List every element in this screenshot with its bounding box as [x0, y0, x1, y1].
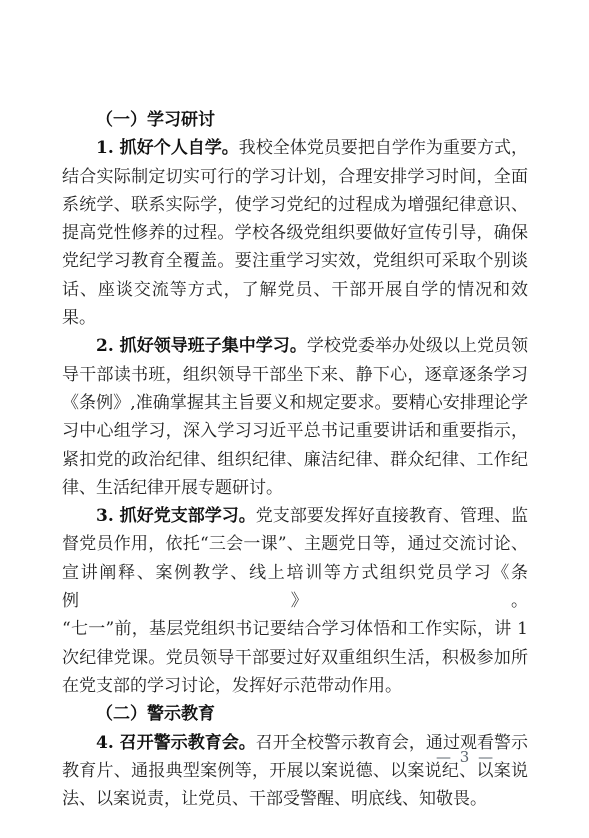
- text-line: 2. 抓好领导班子集中学习。学校党委举办处级以上党员领: [62, 332, 528, 360]
- line-text: 宣讲阐释、案例教学、线上培训等方式组织党员学习《条例》。: [62, 563, 528, 611]
- paragraph-lead: 4. 召开警示教育会。: [96, 733, 256, 753]
- line-text: 督党员作用，依托“三会一课”、主题党日等，通过交流讨论、: [62, 534, 528, 554]
- line-text: 《条例》,准确掌握其主旨要义和规定要求。要精心安排理论学: [62, 393, 528, 413]
- text-line: 紧扣党的政治纪律、组织纪律、廉洁纪律、群众纪律、工作纪: [62, 446, 528, 474]
- line-text: 学校党委举办处级以上党员领: [307, 336, 528, 356]
- document-page: （一）学习研讨1. 抓好个人自学。我校全体党员要把自学作为重要方式，结合实际制定…: [0, 0, 589, 838]
- text-line: 督党员作用，依托“三会一课”、主题党日等，通过交流讨论、: [62, 530, 528, 558]
- line-text: 话、座谈交流等方式，了解党员、干部开展自学的情况和效果。: [62, 280, 528, 328]
- line-text: 党纪学习教育全覆盖。要注重学习实效，党组织可采取个别谈: [62, 251, 528, 271]
- text-line: 1. 抓好个人自学。我校全体党员要把自学作为重要方式，: [62, 134, 528, 162]
- paragraph: 4. 召开警示教育会。召开全校警示教育会，通过观看警示教育片、通报典型案例等，开…: [62, 729, 528, 814]
- text-line: 次纪律党课。党员领导干部要过好双重组织生活，积极参加所: [62, 644, 528, 672]
- line-text: “七一”前，基层党组织书记要结合学习体悟和工作实际，讲 1: [62, 619, 528, 639]
- text-line: 《条例》,准确掌握其主旨要义和规定要求。要精心安排理论学: [62, 389, 528, 417]
- line-text: 系统学、联系实际学，使学习党纪的过程成为增强纪律意识、: [62, 195, 528, 215]
- line-text: 在党支部的学习讨论，发挥好示范带动作用。: [62, 676, 402, 696]
- text-line: 系统学、联系实际学，使学习党纪的过程成为增强纪律意识、: [62, 191, 528, 219]
- paragraph-lead: 2. 抓好领导班子集中学习。: [96, 336, 307, 356]
- paragraph: 1. 抓好个人自学。我校全体党员要把自学作为重要方式，结合实际制定切实可行的学习…: [62, 134, 528, 332]
- text-line: 提高党性修养的过程。学校各级党组织要做好宣传引导，确保: [62, 219, 528, 247]
- line-text: 我校全体党员要把自学作为重要方式，: [239, 138, 528, 158]
- text-line: 结合实际制定切实可行的学习计划，合理安排学习时间，全面: [62, 163, 528, 191]
- text-line: 3. 抓好党支部学习。党支部要发挥好直接教育、管理、监: [62, 502, 528, 530]
- text-line: 导干部读书班，组织领导干部坐下来、静下心，逐章逐条学习: [62, 361, 528, 389]
- text-line: 党纪学习教育全覆盖。要注重学习实效，党组织可采取个别谈: [62, 247, 528, 275]
- paragraph-lead: 1. 抓好个人自学。: [96, 138, 239, 158]
- text-line: 律、生活纪律开展专题研讨。: [62, 474, 528, 502]
- line-text: 法、以案说责，让党员、干部受警醒、明底线、知敬畏。: [62, 789, 487, 809]
- section-heading: （一）学习研讨: [62, 106, 528, 134]
- line-text: 习中心组学习，深入学习习近平总书记重要讲话和重要指示，: [62, 421, 528, 441]
- line-text: 结合实际制定切实可行的学习计划，合理安排学习时间，全面: [62, 167, 528, 187]
- section-heading: （二）警示教育: [62, 700, 528, 728]
- line-text: 次纪律党课。党员领导干部要过好双重组织生活，积极参加所: [62, 648, 528, 668]
- line-text: 导干部读书班，组织领导干部坐下来、静下心，逐章逐条学习: [62, 365, 528, 385]
- page-number: — 3 —: [436, 748, 546, 766]
- text-line: 在党支部的学习讨论，发挥好示范带动作用。: [62, 672, 528, 700]
- text-line: 话、座谈交流等方式，了解党员、干部开展自学的情况和效果。: [62, 276, 528, 333]
- paragraph: 2. 抓好领导班子集中学习。学校党委举办处级以上党员领导干部读书班，组织领导干部…: [62, 332, 528, 502]
- text-line: “七一”前，基层党组织书记要结合学习体悟和工作实际，讲 1: [62, 615, 528, 643]
- paragraph-lead: 3. 抓好党支部学习。: [96, 506, 256, 526]
- line-text: 党支部要发挥好直接教育、管理、监: [256, 506, 528, 526]
- paragraph: 3. 抓好党支部学习。党支部要发挥好直接教育、管理、监督党员作用，依托“三会一课…: [62, 502, 528, 700]
- document-body: （一）学习研讨1. 抓好个人自学。我校全体党员要把自学作为重要方式，结合实际制定…: [62, 106, 528, 813]
- text-line: 宣讲阐释、案例教学、线上培训等方式组织党员学习《条例》。: [62, 559, 528, 616]
- text-line: 法、以案说责，让党员、干部受警醒、明底线、知敬畏。: [62, 785, 528, 813]
- line-text: 紧扣党的政治纪律、组织纪律、廉洁纪律、群众纪律、工作纪: [62, 450, 528, 470]
- line-text: 提高党性修养的过程。学校各级党组织要做好宣传引导，确保: [62, 223, 528, 243]
- text-line: 习中心组学习，深入学习习近平总书记重要讲话和重要指示，: [62, 417, 528, 445]
- line-text: 律、生活纪律开展专题研讨。: [62, 478, 283, 498]
